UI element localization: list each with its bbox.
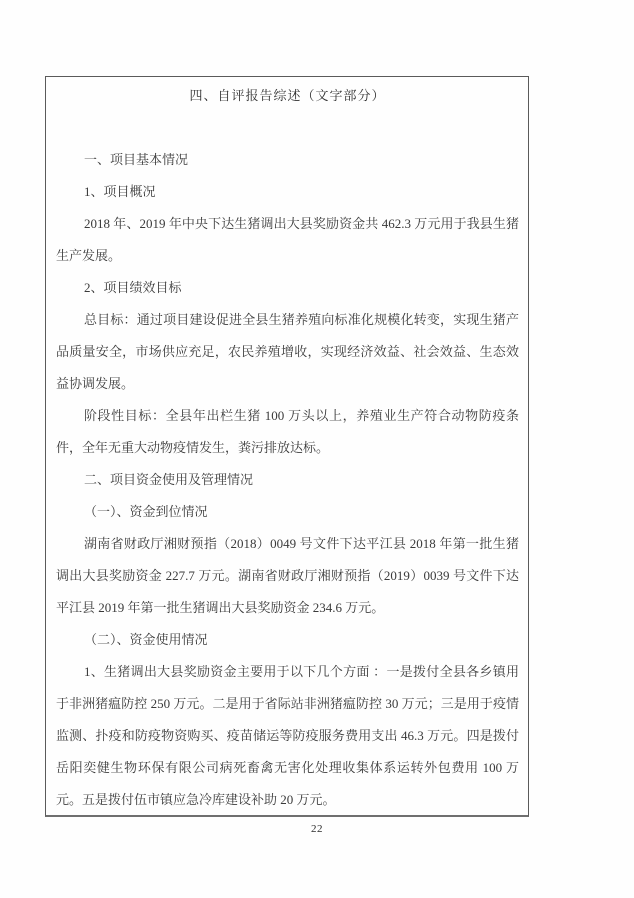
subheading-performance-goals: 2、项目绩效目标 xyxy=(56,272,519,304)
report-box: 四、自评报告综述（文字部分） 一、项目基本情况 1、项目概况 2018 年、20… xyxy=(45,76,529,817)
subheading-fund-arrival: （一）、资金到位情况 xyxy=(56,496,519,528)
subheading-fund-spending: （二）、资金使用情况 xyxy=(56,624,519,656)
para-overall-goal: 总目标：通过项目建设促进全县生猪养殖向标准化规模化转变，实现生猪产品质量安全，市… xyxy=(56,304,519,400)
para-fund-arrival: 湖南省财政厅湘财预指（2018）0049 号文件下达平江县 2018 年第一批生… xyxy=(56,528,519,624)
page-number: 22 xyxy=(0,823,634,835)
para-stage-goal: 阶段性目标：全县年出栏生猪 100 万头以上，养殖业生产符合动物防疫条件，全年无… xyxy=(56,400,519,464)
section-heading-fund-usage: 二、项目资金使用及管理情况 xyxy=(56,464,519,496)
section-heading-basic-info: 一、项目基本情况 xyxy=(56,144,519,176)
report-title: 四、自评报告综述（文字部分） xyxy=(56,80,519,112)
subheading-project-overview: 1、项目概况 xyxy=(56,176,519,208)
para-fund-spending-detail: 1、生猪调出大县奖励资金主要用于以下几个方面 ：一是拨付全县各乡镇用于非洲猪瘟防… xyxy=(56,656,519,816)
para-project-overview: 2018 年、2019 年中央下达生猪调出大县奖励资金共 462.3 万元用于我… xyxy=(56,208,519,272)
document-page: 四、自评报告综述（文字部分） 一、项目基本情况 1、项目概况 2018 年、20… xyxy=(0,0,634,898)
